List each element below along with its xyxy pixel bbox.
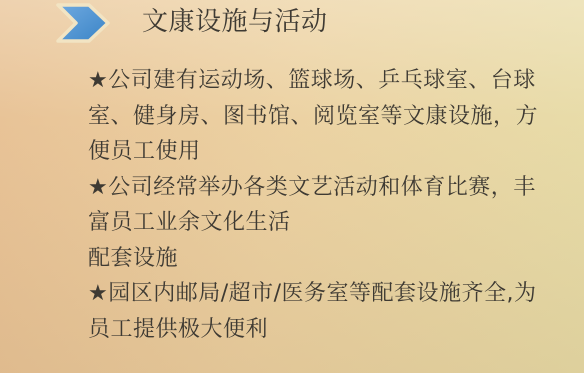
- body-text-line: 员工提供极大便利: [88, 312, 558, 348]
- slide-body: ★公司建有运动场、篮球场、乒乓球室、台球 室、健身房、图书馆、阅览室等文康设施，…: [88, 63, 558, 347]
- chevron-right-arrow-icon: [55, 2, 111, 44]
- body-text-line: ★公司经常举办各类文艺活动和体育比赛，丰: [88, 170, 558, 206]
- slide-title: 文康设施与活动: [142, 7, 328, 37]
- body-text-line: ★公司建有运动场、篮球场、乒乓球室、台球: [88, 63, 558, 99]
- presentation-slide: 文康设施与活动 ★公司建有运动场、篮球场、乒乓球室、台球 室、健身房、图书馆、阅…: [0, 0, 584, 373]
- body-text-line: 富员工业余文化生活: [88, 205, 558, 241]
- body-text-line: ★园区内邮局/超市/医务室等配套设施齐全,为: [88, 276, 558, 312]
- body-text-line: 室、健身房、图书馆、阅览室等文康设施，方: [88, 99, 558, 135]
- slide-header: 文康设施与活动: [0, 0, 584, 50]
- body-text-line: 便员工使用: [88, 134, 558, 170]
- body-subheading: 配套设施: [88, 241, 558, 277]
